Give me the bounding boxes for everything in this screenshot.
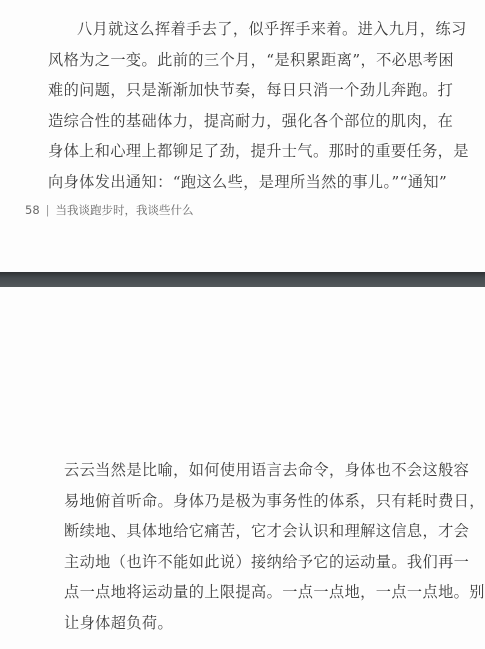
page-body-text: 云云当然是比喻，如何使用语言去命令，身体也不会这般容 易地俯首听命。身体乃是极为… — [64, 455, 436, 638]
page-number: 58 — [25, 203, 40, 217]
text-line: 八月就这么挥着手去了，似乎挥手来着。进入九月，练习 — [48, 14, 420, 45]
text-line: 主动地（也许不能如此说）接纳给予它的运动量。我们再一 — [64, 547, 436, 578]
text-line: 点一点地将运动量的上限提高。一点一点地，一点一点地。别 — [64, 577, 436, 608]
text-line: 造综合性的基础体力，提高耐力，强化各个部位的肌肉，在 — [48, 106, 420, 137]
book-page-bottom: 云云当然是比喻，如何使用语言去命令，身体也不会这般容 易地俯首听命。身体乃是极为… — [0, 287, 485, 649]
book-title: 当我谈跑步时，我谈些什么 — [56, 203, 194, 217]
page-body-text: 八月就这么挥着手去了，似乎挥手来着。进入九月，练习 风格为之一变。此前的三个月，… — [48, 14, 420, 197]
book-page-top: 八月就这么挥着手去了，似乎挥手来着。进入九月，练习 风格为之一变。此前的三个月，… — [0, 0, 485, 272]
text-line: 云云当然是比喻，如何使用语言去命令，身体也不会这般容 — [64, 455, 436, 486]
footer-separator: | — [46, 203, 50, 217]
text-line: 断续地、具体地给它痛苦，它才会认识和理解这信息，才会 — [64, 516, 436, 547]
page-divider — [0, 272, 485, 287]
text-line: 难的问题，只是渐渐加快节奏，每日只消一个劲儿奔跑。打 — [48, 75, 420, 106]
text-line: 让身体超负荷。 — [64, 608, 436, 639]
text-line: 风格为之一变。此前的三个月，“是积累距离”，不必思考困 — [48, 45, 420, 76]
text-line: 身体上和心理上都铆足了劲，提升士气。那时的重要任务，是 — [48, 136, 420, 167]
text-line: 易地俯首听命。身体乃是极为事务性的体系，只有耗时费日， — [64, 486, 436, 517]
text-line: 向身体发出通知：“跑这么些，是理所当然的事儿。”“通知” — [48, 167, 420, 198]
page-footer: 58|当我谈跑步时，我谈些什么 — [25, 202, 194, 218]
